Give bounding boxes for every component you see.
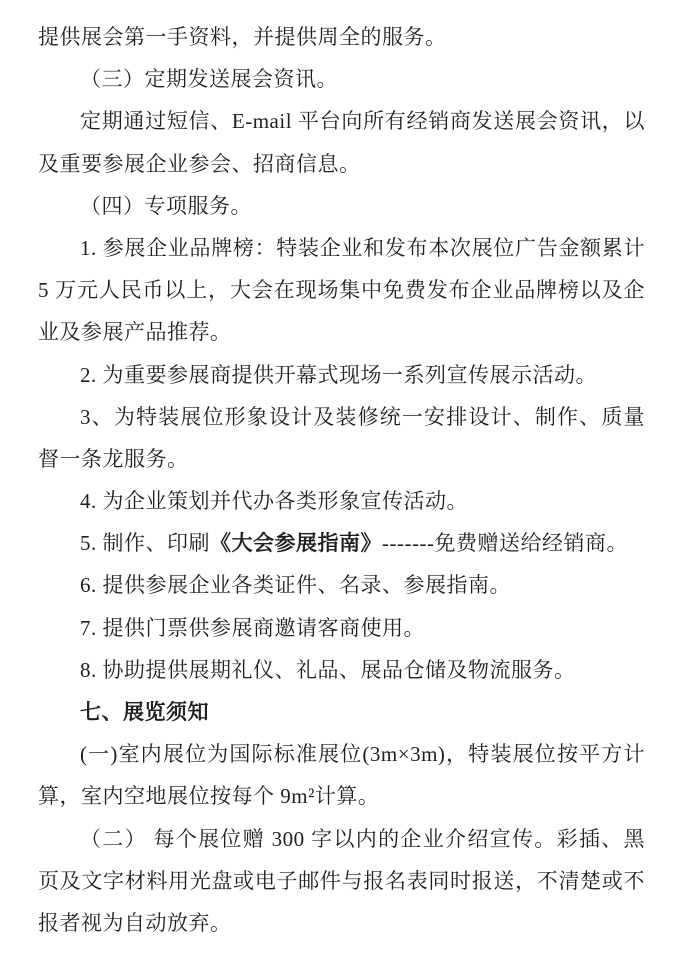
text-line: 算，室内空地展位按每个 9m²计算。 xyxy=(38,775,645,817)
document-body: 提供展会第一手资料，并提供周全的服务。（三）定期发送展会资讯。定期通过短信、E-… xyxy=(38,16,645,944)
text-line: 8. 协助提供展期礼仪、礼品、展品仓储及物流服务。 xyxy=(38,649,645,691)
text-line: 5 万元人民币以上，大会在现场集中免费发布企业品牌榜以及企 xyxy=(38,269,645,311)
bold-title-segment: 《大会参展指南》 xyxy=(210,531,382,555)
text-line: （二） 每个展位赠 300 字以内的企业介绍宣传。彩插、黑白插 xyxy=(38,818,645,860)
text-line: 4. 为企业策划并代办各类形象宣传活动。 xyxy=(38,480,645,522)
text-line: 2. 为重要参展商提供开幕式现场一系列宣传展示活动。 xyxy=(38,354,645,396)
text-segment: 5. 制作、印刷 xyxy=(80,531,210,555)
text-line: （四）专项服务。 xyxy=(38,185,645,227)
document-page: 提供展会第一手资料，并提供周全的服务。（三）定期发送展会资讯。定期通过短信、E-… xyxy=(0,0,682,954)
text-line: 定期通过短信、E-mail 平台向所有经销商发送展会资讯，以 xyxy=(38,100,645,142)
text-line: 6. 提供参展企业各类证件、名录、参展指南。 xyxy=(38,564,645,606)
text-line: 7. 提供门票供参展商邀请客商使用。 xyxy=(38,607,645,649)
text-line: 页及文字材料用光盘或电子邮件与报名表同时报送，不清楚或不 xyxy=(38,860,645,902)
text-line: 及重要参展企业参会、招商信息。 xyxy=(38,143,645,185)
text-line: (一)室内展位为国际标准展位(3m×3m)，特装展位按平方计 xyxy=(38,733,645,775)
text-line: （三）定期发送展会资讯。 xyxy=(38,58,645,100)
text-line: 提供展会第一手资料，并提供周全的服务。 xyxy=(38,16,645,58)
text-line: 5. 制作、印刷《大会参展指南》-------免费赠送给经销商。 xyxy=(38,522,645,564)
text-line: 1. 参展企业品牌榜：特装企业和发布本次展位广告金额累计 xyxy=(38,227,645,269)
text-segment: -------免费赠送给经销商。 xyxy=(382,531,628,555)
text-line: 业及参展产品推荐。 xyxy=(38,311,645,353)
text-line: 督一条龙服务。 xyxy=(38,438,645,480)
text-line: 报者视为自动放弃。 xyxy=(38,902,645,944)
text-line: 3、为特装展位形象设计及装修统一安排设计、制作、质量监 xyxy=(38,396,645,438)
section-heading-line: 七、展览须知 xyxy=(38,691,645,733)
